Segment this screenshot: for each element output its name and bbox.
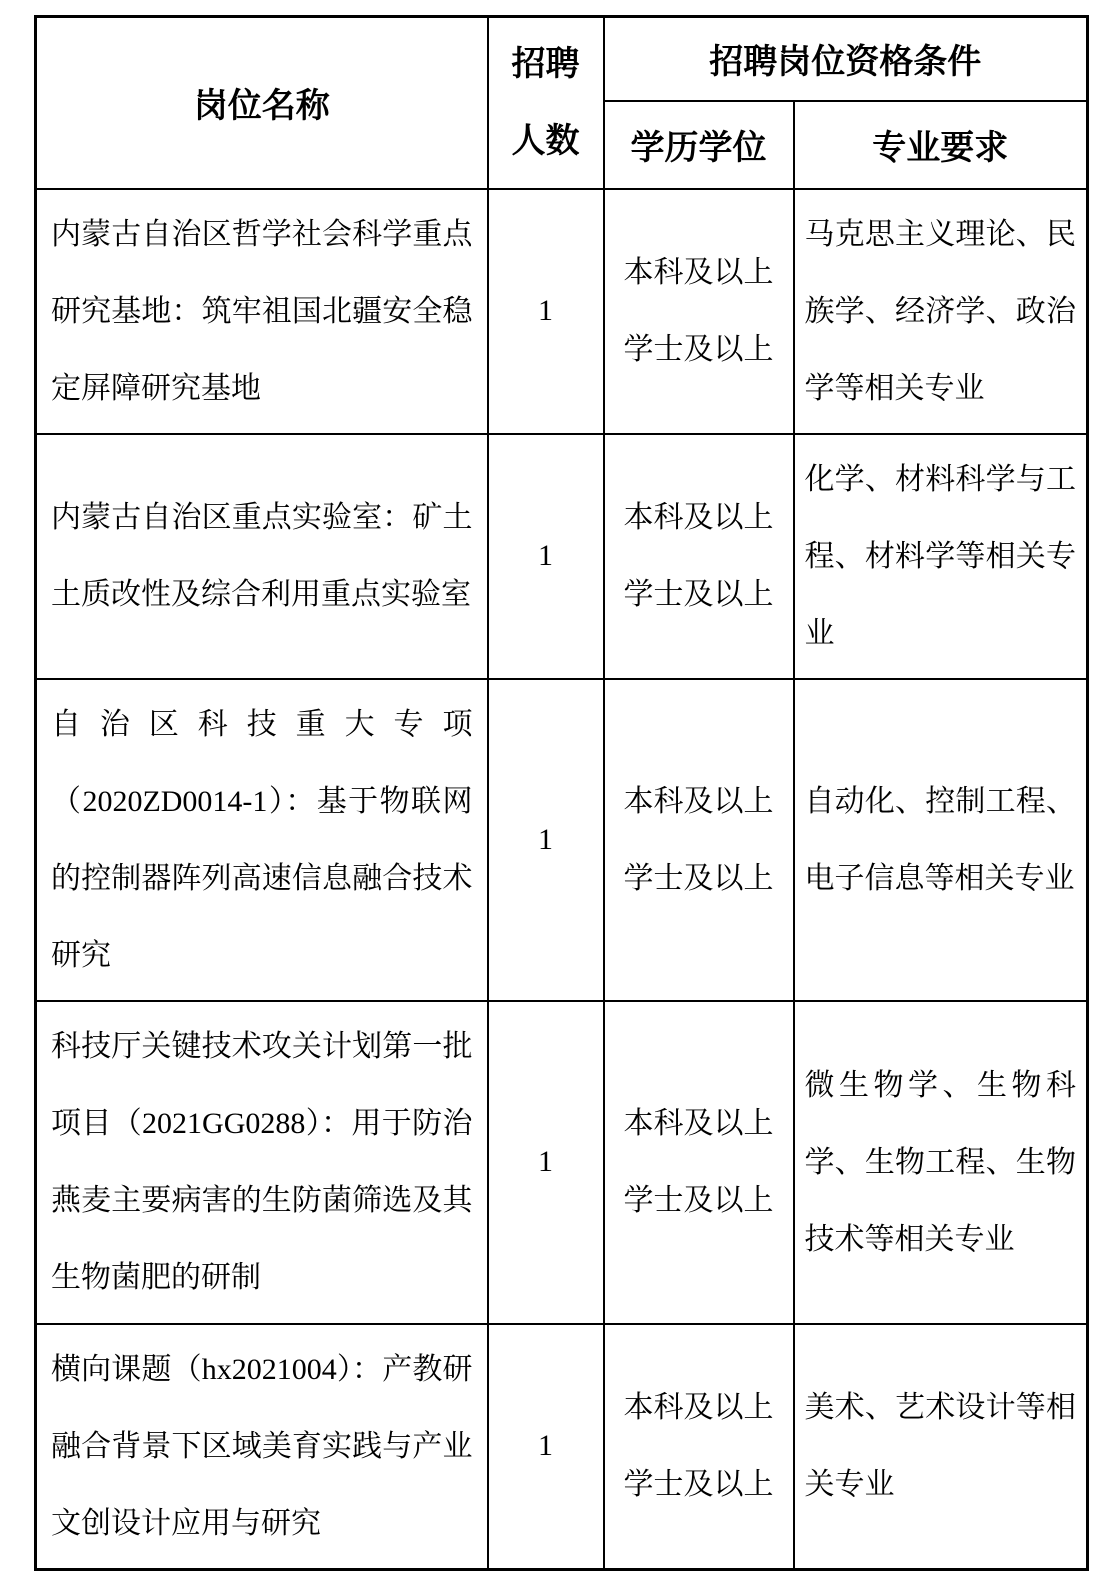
education-line: 本科及以上 — [605, 1085, 793, 1162]
header-education-degree: 学历学位 — [604, 101, 794, 189]
header-position-name: 岗位名称 — [36, 17, 488, 189]
major-requirement-cell: 马克思主义理论、民族学、经济学、政治学等相关专业 — [794, 189, 1088, 434]
education-line: 学士及以上 — [605, 311, 793, 388]
education-line: 本科及以上 — [605, 479, 793, 556]
header-recruit-count: 招聘 人数 — [488, 17, 604, 189]
major-requirement-cell: 美术、艺术设计等相关专业 — [794, 1324, 1088, 1570]
education-cell: 本科及以上 学士及以上 — [604, 434, 794, 679]
major-requirement-cell: 化学、材料科学与工程、材料学等相关专业 — [794, 434, 1088, 679]
position-name-cell: 自治区科技重大专项（2020ZD0014-1）：基于物联网的控制器阵列高速信息融… — [36, 679, 488, 1001]
table-row: 内蒙古自治区重点实验室：矿土土质改性及综合利用重点实验室 1 本科及以上 学士及… — [36, 434, 1088, 679]
position-name-cell: 内蒙古自治区重点实验室：矿土土质改性及综合利用重点实验室 — [36, 434, 488, 679]
education-cell: 本科及以上 学士及以上 — [604, 189, 794, 434]
education-cell: 本科及以上 学士及以上 — [604, 1324, 794, 1570]
table-row: 自治区科技重大专项（2020ZD0014-1）：基于物联网的控制器阵列高速信息融… — [36, 679, 1088, 1001]
education-line: 学士及以上 — [605, 1446, 793, 1523]
header-recruit-count-line1: 招聘 — [489, 26, 603, 103]
recruit-count-cell: 1 — [488, 189, 604, 434]
recruit-count-cell: 1 — [488, 1001, 604, 1324]
recruit-count-cell: 1 — [488, 679, 604, 1001]
table-row: 内蒙古自治区哲学社会科学重点研究基地：筑牢祖国北疆安全稳定屏障研究基地 1 本科… — [36, 189, 1088, 434]
header-row-top: 岗位名称 招聘 人数 招聘岗位资格条件 — [36, 17, 1088, 101]
header-recruit-count-line2: 人数 — [489, 103, 603, 180]
education-line: 学士及以上 — [605, 840, 793, 917]
education-line: 本科及以上 — [605, 763, 793, 840]
table-row: 科技厅关键技术攻关计划第一批项目（2021GG0288）：用于防治燕麦主要病害的… — [36, 1001, 1088, 1324]
education-line: 本科及以上 — [605, 234, 793, 311]
position-name-cell: 内蒙古自治区哲学社会科学重点研究基地：筑牢祖国北疆安全稳定屏障研究基地 — [36, 189, 488, 434]
header-qualification-group: 招聘岗位资格条件 — [604, 17, 1088, 101]
education-cell: 本科及以上 学士及以上 — [604, 679, 794, 1001]
header-major-requirement: 专业要求 — [794, 101, 1088, 189]
major-requirement-cell: 自动化、控制工程、电子信息等相关专业 — [794, 679, 1088, 1001]
position-name-cell: 横向课题（hx2021004）：产教研融合背景下区域美育实践与产业文创设计应用与… — [36, 1324, 488, 1570]
education-line: 本科及以上 — [605, 1369, 793, 1446]
table-row: 横向课题（hx2021004）：产教研融合背景下区域美育实践与产业文创设计应用与… — [36, 1324, 1088, 1570]
recruitment-positions-table: 岗位名称 招聘 人数 招聘岗位资格条件 学历学位 专业要求 内蒙古自治区哲学社会… — [34, 15, 1089, 1571]
major-requirement-cell: 微生物学、生物科学、生物工程、生物技术等相关专业 — [794, 1001, 1088, 1324]
education-cell: 本科及以上 学士及以上 — [604, 1001, 794, 1324]
education-line: 学士及以上 — [605, 556, 793, 633]
position-name-cell: 科技厅关键技术攻关计划第一批项目（2021GG0288）：用于防治燕麦主要病害的… — [36, 1001, 488, 1324]
education-line: 学士及以上 — [605, 1162, 793, 1239]
recruit-count-cell: 1 — [488, 434, 604, 679]
recruit-count-cell: 1 — [488, 1324, 604, 1570]
